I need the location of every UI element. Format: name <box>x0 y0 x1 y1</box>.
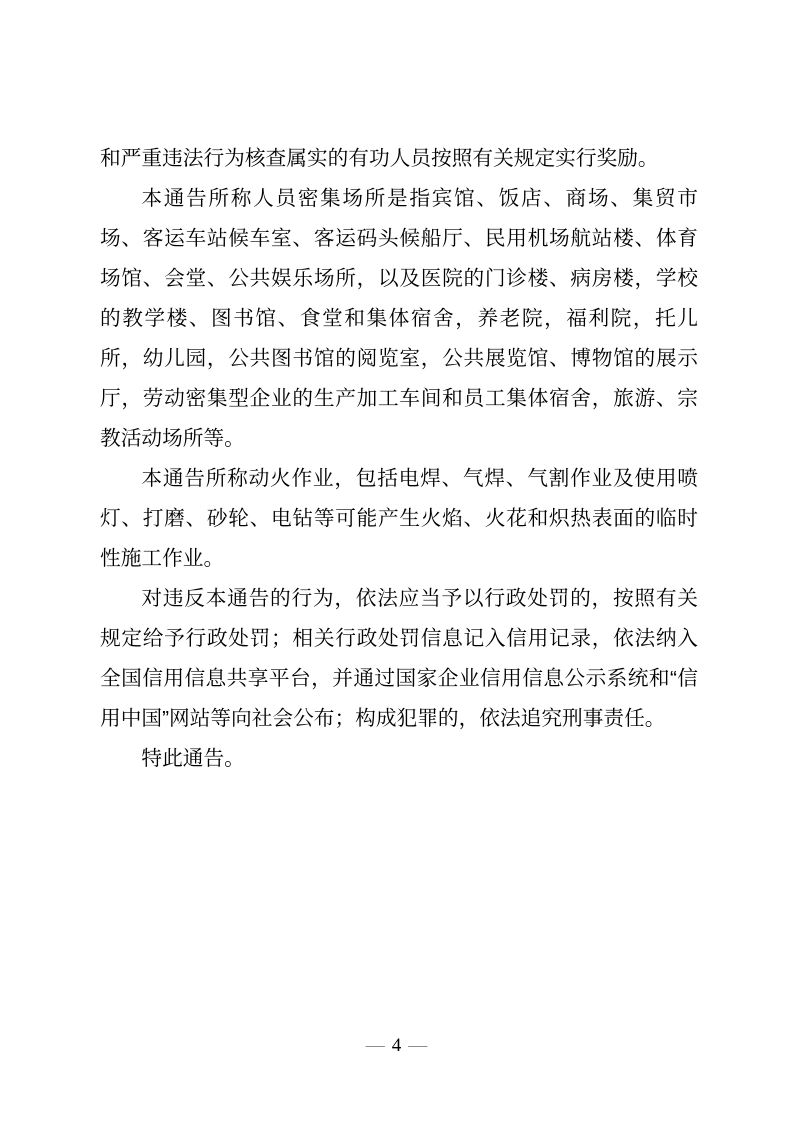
page-number-dash-left: — <box>366 1035 385 1056</box>
page-number: 4 <box>392 1034 402 1058</box>
page-footer: —4— <box>0 1034 793 1058</box>
paragraph-penalties: 对违反本通告的行为，依法应当予以行政处罚的，按照有关规定给予行政处罚；相关行政处… <box>100 579 698 739</box>
paragraph-continuation: 和严重违法行为核查属实的有功人员按照有关规定实行奖励。 <box>100 139 698 179</box>
document-page: 和严重违法行为核查属实的有功人员按照有关规定实行奖励。 本通告所称人员密集场所是… <box>0 0 793 1122</box>
document-body: 和严重违法行为核查属实的有功人员按照有关规定实行奖励。 本通告所称人员密集场所是… <box>100 139 698 779</box>
paragraph-crowded-places-definition: 本通告所称人员密集场所是指宾馆、饭店、商场、集贸市场、客运车站候车室、客运码头候… <box>100 179 698 459</box>
paragraph-closing: 特此通告。 <box>100 739 698 779</box>
paragraph-hot-work-definition: 本通告所称动火作业，包括电焊、气焊、气割作业及使用喷灯、打磨、砂轮、电钻等可能产… <box>100 459 698 579</box>
page-number-dash-right: — <box>408 1035 427 1056</box>
